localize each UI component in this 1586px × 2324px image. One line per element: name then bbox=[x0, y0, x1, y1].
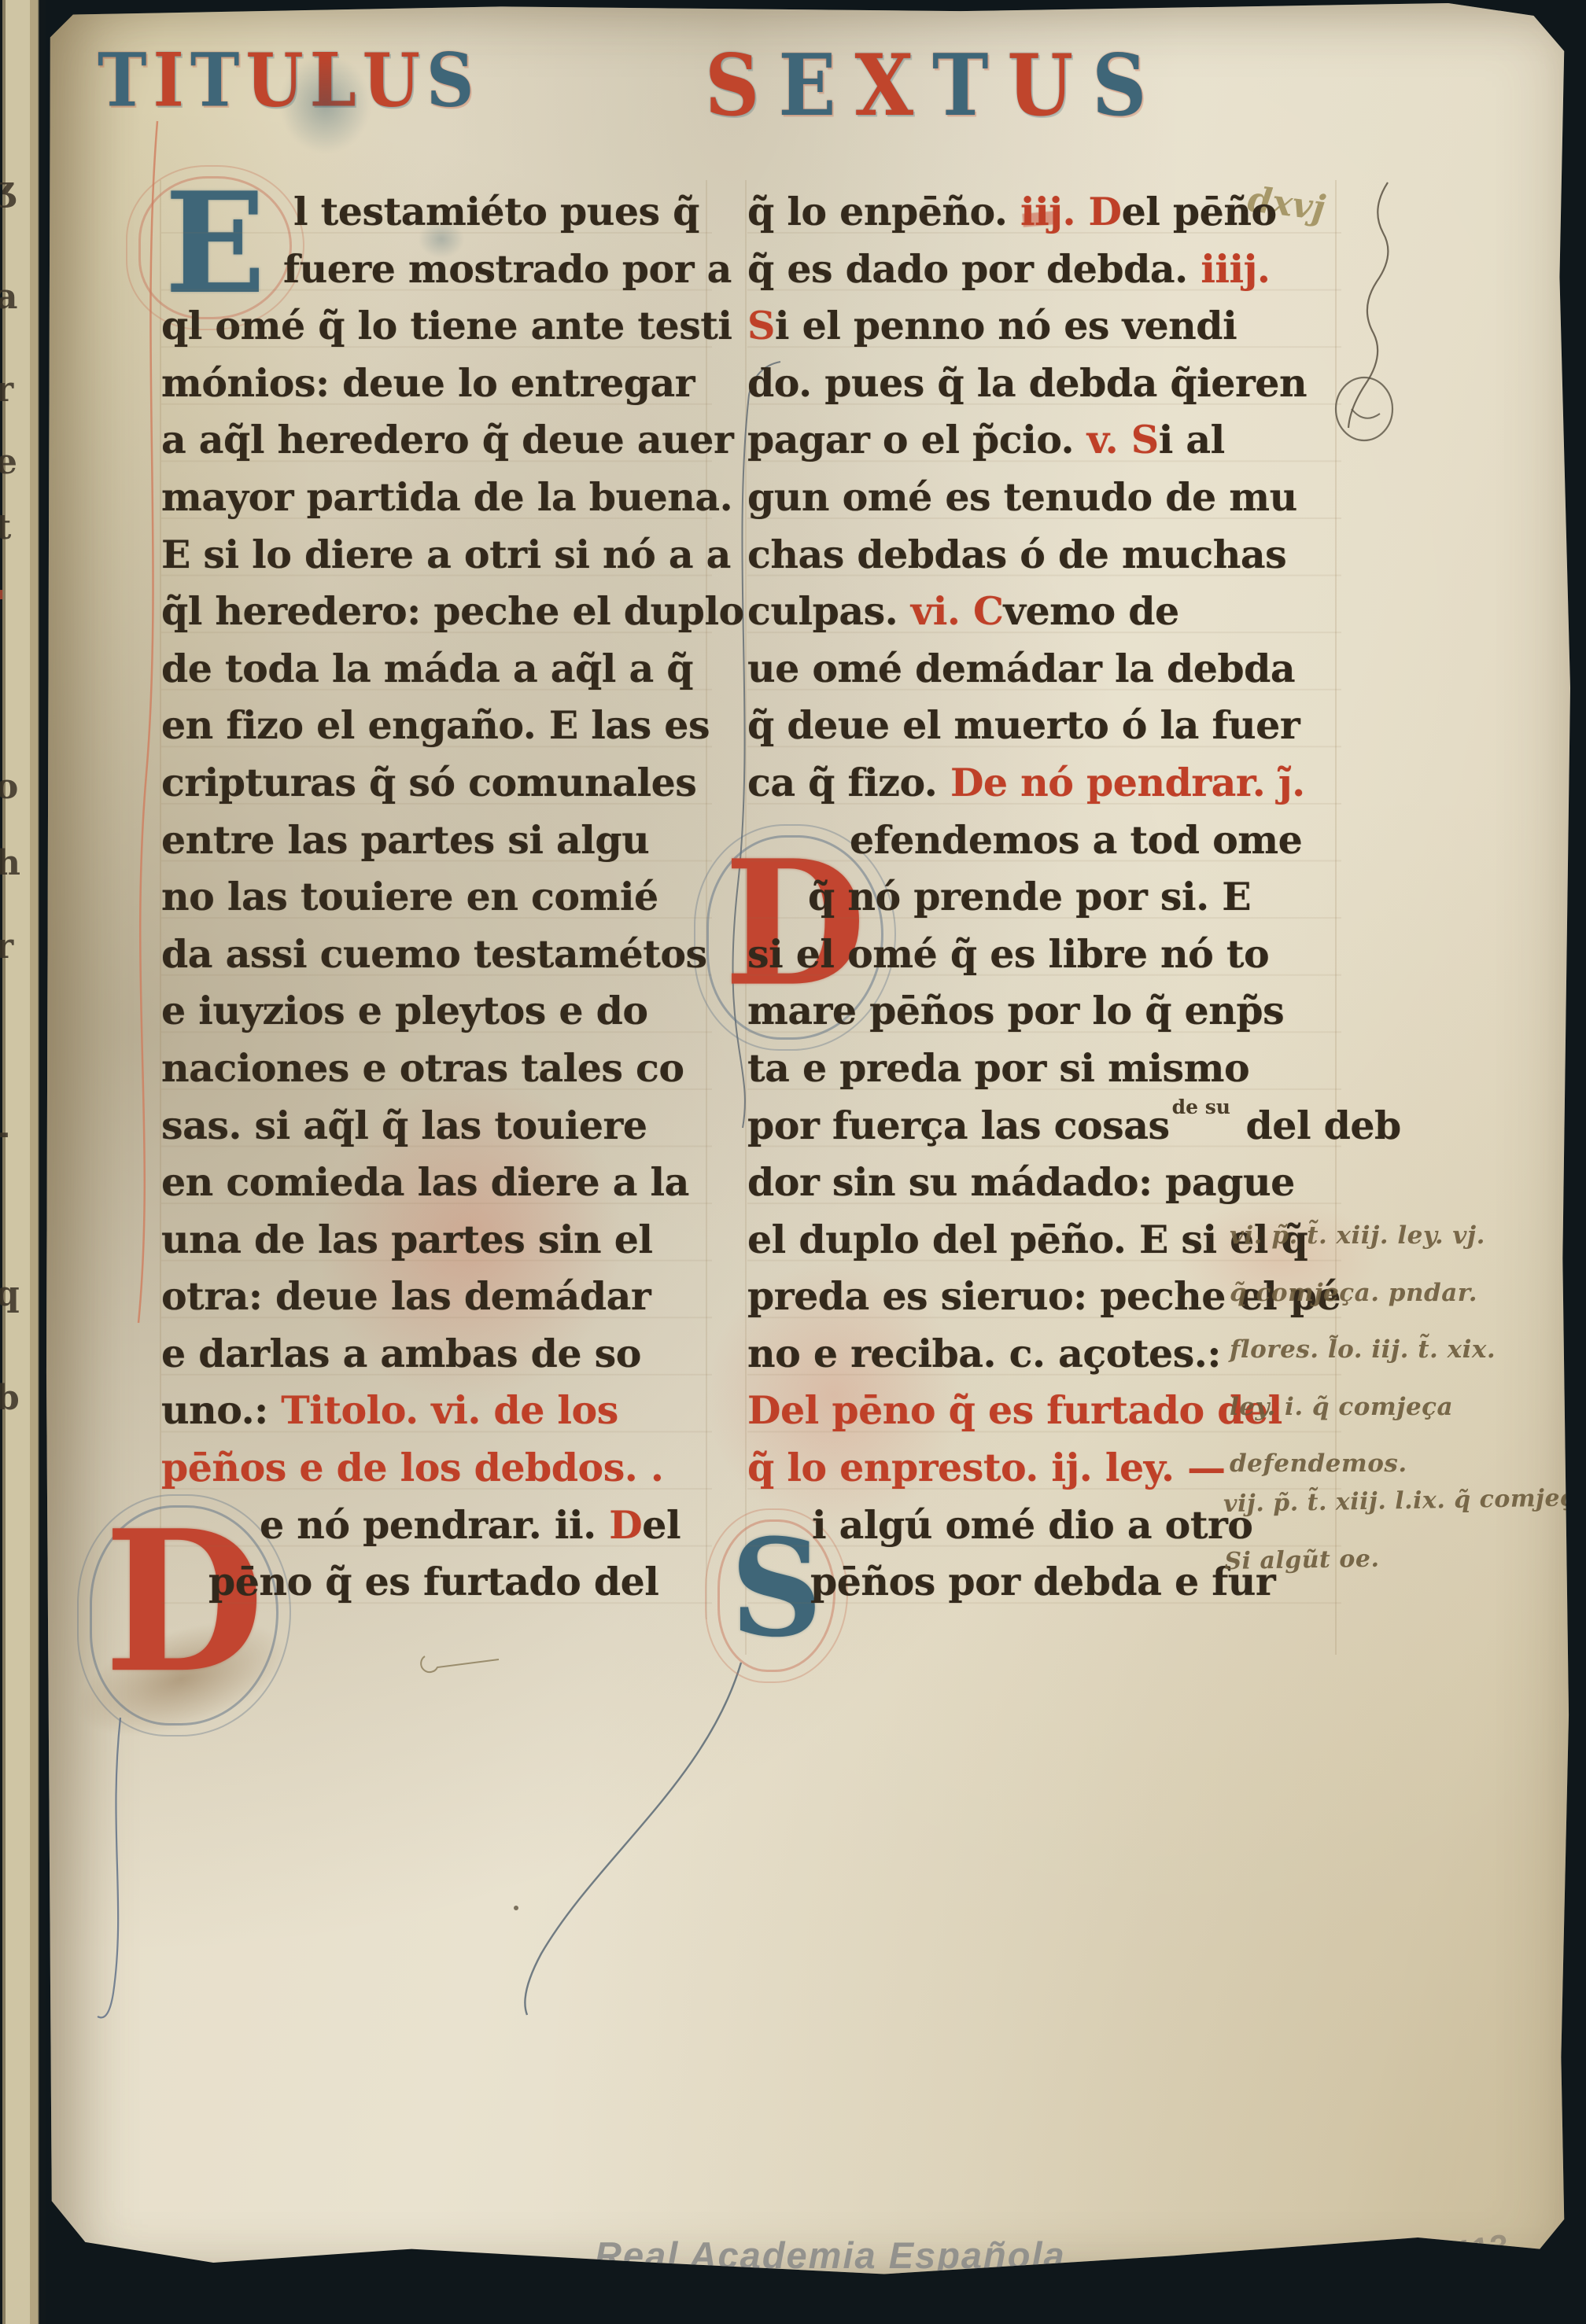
text-segment: mayor partida de la buena. bbox=[161, 474, 732, 520]
text-line: mare pēños por lo q̃ enp̃s bbox=[747, 982, 1341, 1040]
edge-letter-fragment: e bbox=[0, 442, 20, 482]
folio-number: 113 bbox=[1453, 2227, 1511, 2272]
text-segment: q̃l heredero: peche el duplo bbox=[161, 588, 744, 634]
text-line: gun omé es tenudo de mu bbox=[747, 469, 1341, 526]
title-letter: X bbox=[855, 35, 932, 135]
text-line: por fuerça las cosasde su del deb bbox=[747, 1097, 1341, 1155]
title-letter: S bbox=[1092, 35, 1165, 135]
text-segment: q̃ es dado por debda. bbox=[747, 246, 1201, 292]
text-line: do. pues q̃ la debda q̃ieren bbox=[747, 355, 1341, 412]
text-line: chas debdas ó de muchas bbox=[747, 526, 1341, 584]
text-line: otra: deue las demádar bbox=[161, 1268, 712, 1325]
edge-letter-fragment: o bbox=[0, 767, 20, 807]
title-letter: S bbox=[426, 36, 481, 123]
title-letter: T bbox=[98, 36, 153, 123]
text-segment: gun omé es tenudo de mu bbox=[747, 474, 1297, 520]
text-segment: una de las partes sin el bbox=[161, 1217, 653, 1262]
text-line: efendemos a tod ome bbox=[850, 812, 1341, 869]
text-segment: en comieda las diere a la bbox=[161, 1159, 689, 1205]
text-segment: vemo de bbox=[1004, 588, 1179, 634]
title-letter: E bbox=[778, 35, 854, 135]
text-segment: i al bbox=[1159, 417, 1225, 462]
text-segment: de su bbox=[1172, 1096, 1230, 1118]
text-segment: De nó pendrar. j̃. bbox=[950, 760, 1305, 805]
text-segment: v. S bbox=[1087, 417, 1159, 462]
edge-letter-fragment: ʒ bbox=[0, 169, 20, 209]
text-segment: a aq̃l heredero q̃ deue auer bbox=[161, 417, 733, 462]
manuscript-scan: { "header": { "title_left": {"text": "TI… bbox=[0, 0, 1586, 2324]
page-title-titulus: TITULUS bbox=[98, 41, 481, 119]
text-line: naciones e otras tales co bbox=[161, 1040, 712, 1097]
edge-letter-fragment: r bbox=[0, 926, 20, 967]
text-line: flores. l̃o. iij. t̃. xix. bbox=[1230, 1332, 1496, 1390]
text-segment: mare pēños por lo q̃ enp̃s bbox=[747, 988, 1284, 1033]
edge-letter-fragment: t bbox=[0, 507, 20, 547]
text-line: en comieda las diere a la bbox=[161, 1154, 712, 1211]
edge-letter-fragment: h bbox=[0, 843, 20, 883]
text-segment: en fizo el engaño. E las es bbox=[161, 702, 710, 748]
text-segment: vi. C bbox=[911, 588, 1004, 634]
page-title-sextus: SEXTUS bbox=[705, 41, 1165, 130]
text-segment: cripturas q̃ só comunales bbox=[161, 760, 696, 805]
text-segment: E si lo diere a otri si nó a a bbox=[161, 532, 731, 577]
text-line: q̃l heredero: peche el duplo bbox=[161, 583, 712, 640]
text-line: cripturas q̃ só comunales bbox=[161, 754, 712, 812]
text-segment: q̃ lo enpēño. bbox=[747, 189, 1020, 234]
text-line: dor sin su mádado: pague bbox=[747, 1154, 1341, 1211]
text-segment: e darlas a ambas de so bbox=[161, 1331, 641, 1376]
title-letter: T bbox=[190, 36, 246, 123]
title-letter: U bbox=[1007, 35, 1092, 135]
text-segment: ql omé q̃ lo tiene ante testi bbox=[161, 303, 732, 348]
text-line: e iuyzios e pleytos e do bbox=[161, 982, 712, 1040]
text-line: Si el penno nó es vendi bbox=[747, 297, 1341, 355]
text-line: ley. i. q̃ comjeça bbox=[1230, 1390, 1496, 1447]
text-segment: q̃ lo enpresto. ij. ley. — bbox=[747, 1445, 1226, 1490]
text-segment: ue omé demádar la debda bbox=[747, 646, 1295, 691]
text-segment: fuere mostrado por a bbox=[283, 246, 732, 292]
text-line: q̃ deue el muerto ó la fuer bbox=[747, 697, 1341, 754]
text-line: en fizo el engaño. E las es bbox=[161, 697, 712, 754]
edge-letter-fragment: ' bbox=[0, 584, 20, 624]
text-line: vi. p̃. t̃. xiij. ley. vj. bbox=[1230, 1218, 1496, 1276]
facing-page-edge: ʒaret'ohr-qb bbox=[0, 0, 46, 2324]
title-letter: T bbox=[932, 35, 1007, 135]
text-line: l testamiéto pues q̃ bbox=[293, 183, 712, 241]
margin-note-2: vij. p̃. t̃. xiij. l.ix. q̃ comjeçaSi al… bbox=[1223, 1482, 1586, 1602]
text-segment: otra: deue las demádar bbox=[161, 1273, 651, 1319]
text-line: Si algũt oe. bbox=[1224, 1539, 1586, 1603]
text-line: pagar o el p̃cio. v. Si al bbox=[747, 411, 1341, 469]
title-letter: L bbox=[310, 36, 363, 123]
text-segment: pēno q̃ es furtado del bbox=[208, 1559, 658, 1604]
text-line: una de las partes sin el bbox=[161, 1211, 712, 1269]
text-segment: da assi cuemo testamétos bbox=[161, 931, 707, 977]
text-segment: iiij. bbox=[1201, 246, 1270, 292]
library-watermark: Real Academia Española bbox=[595, 2234, 1066, 2277]
text-segment: no las touiere en comié bbox=[161, 874, 658, 919]
text-segment: por fuerça las cosas bbox=[747, 1103, 1170, 1148]
text-segment: el pēño bbox=[1122, 189, 1277, 234]
edge-letter-fragment: q bbox=[0, 1274, 20, 1314]
text-line: q̃ lo enpēño. iij. Del pēño bbox=[747, 183, 1341, 241]
text-segment: chas debdas ó de muchas bbox=[747, 532, 1286, 577]
edge-letter-fragment: r bbox=[0, 370, 20, 410]
text-line: pēños e de los debdos. . bbox=[161, 1439, 712, 1497]
text-line: fuere mostrado por a bbox=[283, 241, 712, 298]
text-line: ql omé q̃ lo tiene ante testi bbox=[161, 297, 712, 355]
title-letter: U bbox=[245, 36, 309, 123]
manuscript-page: TITULUS SEXTUS dxvj E D D bbox=[46, 3, 1570, 2285]
text-line: ca q̃ fizo. De nó pendrar. j̃. bbox=[747, 754, 1341, 812]
text-segment: naciones e otras tales co bbox=[161, 1045, 684, 1091]
edge-letter-fragment: a bbox=[0, 277, 20, 317]
text-segment: D bbox=[609, 1502, 642, 1548]
text-segment: de toda la máda a aq̃l a q̃ bbox=[161, 646, 693, 691]
text-line: q̃ comjeça. pndar. bbox=[1230, 1276, 1496, 1333]
text-line: a aq̃l heredero q̃ deue auer bbox=[161, 411, 712, 469]
edge-letter-fragment: - bbox=[0, 1113, 20, 1153]
text-line: q̃ nó prende por si. E bbox=[808, 868, 1341, 926]
text-segment: l testamiéto pues q̃ bbox=[293, 189, 699, 234]
text-segment: culpas. bbox=[747, 588, 911, 634]
text-segment: efendemos a tod ome bbox=[850, 817, 1302, 863]
text-line: vij. p̃. t̃. xiij. l.ix. q̃ comjeça bbox=[1223, 1482, 1586, 1545]
text-line: mayor partida de la buena. bbox=[161, 469, 712, 526]
text-segment: Del pēno q̃ es furtado del bbox=[747, 1387, 1282, 1433]
text-segment: no e reciba. c. açotes.: bbox=[747, 1331, 1221, 1376]
margin-note-1: vi. p̃. t̃. xiij. ley. vj.q̃ comjeça. pn… bbox=[1230, 1218, 1496, 1504]
text-segment: pēños e de los debdos. . bbox=[161, 1445, 663, 1490]
text-segment: el duplo del pēño. E si el q̃ bbox=[747, 1217, 1308, 1262]
text-line: entre las partes si algu bbox=[161, 812, 712, 869]
text-segment: dor sin su mádado: pague bbox=[747, 1159, 1295, 1205]
text-segment: q̃ nó prende por si. E bbox=[808, 874, 1251, 919]
text-segment: Titolo. vi. de los bbox=[281, 1387, 618, 1433]
text-line: no las touiere en comié bbox=[161, 868, 712, 926]
text-segment: mónios: deue lo entregar bbox=[161, 360, 695, 406]
text-segment: ca q̃ fizo. bbox=[747, 760, 950, 805]
text-segment: del deb bbox=[1233, 1103, 1401, 1148]
text-segment: sas. si aq̃l q̃ las touiere bbox=[161, 1103, 647, 1148]
text-line: mónios: deue lo entregar bbox=[161, 355, 712, 412]
title-letter: U bbox=[363, 36, 426, 123]
title-letter: S bbox=[705, 35, 778, 135]
text-segment: uno.: bbox=[161, 1387, 281, 1433]
text-line: ta e preda por si mismo bbox=[747, 1040, 1341, 1097]
text-segment: pēños por debda e fur bbox=[810, 1559, 1275, 1604]
title-letter: I bbox=[153, 36, 190, 123]
text-line: sas. si aq̃l q̃ las touiere bbox=[161, 1097, 712, 1155]
text-segment: S bbox=[747, 303, 775, 348]
text-segment: el bbox=[642, 1502, 681, 1548]
text-line: e nó pendrar. ii. Del bbox=[260, 1497, 712, 1554]
text-segment: ta e preda por si mismo bbox=[747, 1045, 1249, 1091]
text-segment: e iuyzios e pleytos e do bbox=[161, 988, 648, 1033]
text-segment: i el penno nó es vendi bbox=[775, 303, 1237, 348]
text-line: ue omé demádar la debda bbox=[747, 640, 1341, 698]
text-line: culpas. vi. Cvemo de bbox=[747, 583, 1341, 640]
text-segment: do. pues q̃ la debda q̃ieren bbox=[747, 360, 1307, 406]
text-line: si el omé q̃ es libre nó to bbox=[747, 926, 1341, 983]
text-segment: e nó pendrar. ii. bbox=[260, 1502, 609, 1548]
text-segment: i algú omé dio a otro bbox=[812, 1502, 1253, 1548]
text-segment: pagar o el p̃cio. bbox=[747, 417, 1087, 462]
text-line: q̃ es dado por debda. iiij. bbox=[747, 241, 1341, 298]
text-line: E si lo diere a otri si nó a a bbox=[161, 526, 712, 584]
text-line: uno.: Titolo. vi. de los bbox=[161, 1382, 712, 1439]
text-line: e darlas a ambas de so bbox=[161, 1325, 712, 1383]
edge-letter-fragment: b bbox=[0, 1378, 20, 1418]
text-segment: si el omé q̃ es libre nó to bbox=[747, 931, 1269, 977]
text-column-left: l testamiéto pues q̃fuere mostrado por a… bbox=[161, 183, 712, 1615]
text-segment: entre las partes si algu bbox=[161, 817, 649, 863]
text-line: pēno q̃ es furtado del bbox=[208, 1553, 712, 1611]
text-segment: iij. D bbox=[1020, 189, 1122, 234]
text-line: da assi cuemo testamétos bbox=[161, 926, 712, 983]
text-segment: q̃ deue el muerto ó la fuer bbox=[747, 702, 1300, 748]
text-line: de toda la máda a aq̃l a q̃ bbox=[161, 640, 712, 698]
